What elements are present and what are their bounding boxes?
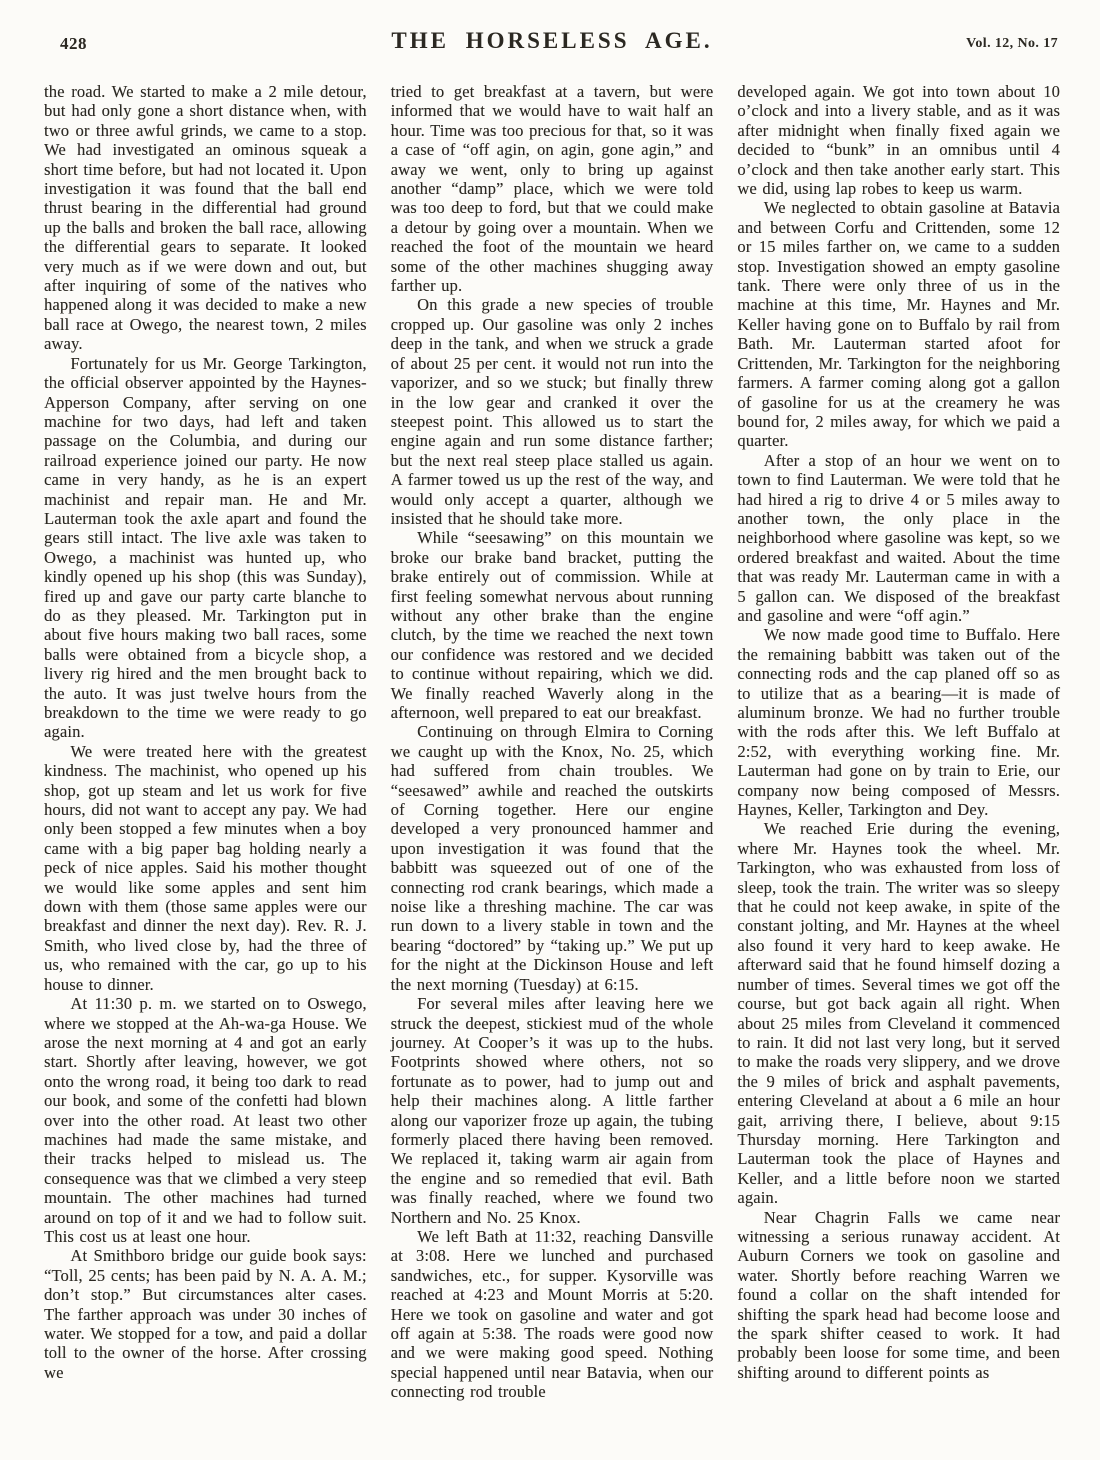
paragraph: Fortunately for us Mr. George Tarkington… <box>44 354 367 742</box>
volume-info: Vol. 12, No. 17 <box>966 36 1058 52</box>
paragraph: We were treated here with the greatest k… <box>44 742 367 994</box>
article-column-1: the road. We started to make a 2 mile de… <box>44 82 367 1402</box>
paragraph: While “seesawing” on this mountain we br… <box>391 528 714 722</box>
paragraph: At Smithboro bridge our guide book says:… <box>44 1246 367 1382</box>
magazine-page: 428 THE HORSELESS AGE. Vol. 12, No. 17 t… <box>0 0 1100 1460</box>
paragraph: On this grade a new species of trouble c… <box>391 295 714 528</box>
paragraph: developed again. We got into town about … <box>737 82 1060 198</box>
paragraph: Continuing on through Elmira to Corning … <box>391 722 714 994</box>
page-title: THE HORSELESS AGE. <box>44 28 1060 54</box>
paragraph: Near Chagrin Falls we came near witnessi… <box>737 1208 1060 1383</box>
paragraph: tried to get breakfast at a tavern, but … <box>391 82 714 295</box>
paragraph: We neglected to obtain gasoline at Batav… <box>737 198 1060 450</box>
paragraph: We now made good time to Buffalo. Here t… <box>737 625 1060 819</box>
paragraph: the road. We started to make a 2 mile de… <box>44 82 367 354</box>
paragraph: We left Bath at 11:32, reaching Dansvill… <box>391 1227 714 1402</box>
article-column-2: tried to get breakfast at a tavern, but … <box>391 82 714 1402</box>
article-body: the road. We started to make a 2 mile de… <box>44 82 1060 1402</box>
paragraph: We reached Erie during the evening, wher… <box>737 819 1060 1207</box>
paragraph: At 11:30 p. m. we started on to Oswego, … <box>44 994 367 1246</box>
article-column-3: developed again. We got into town about … <box>737 82 1060 1402</box>
paragraph: For several miles after leaving here we … <box>391 994 714 1227</box>
masthead: 428 THE HORSELESS AGE. Vol. 12, No. 17 <box>44 26 1060 68</box>
paragraph: After a stop of an hour we went on to to… <box>737 451 1060 626</box>
